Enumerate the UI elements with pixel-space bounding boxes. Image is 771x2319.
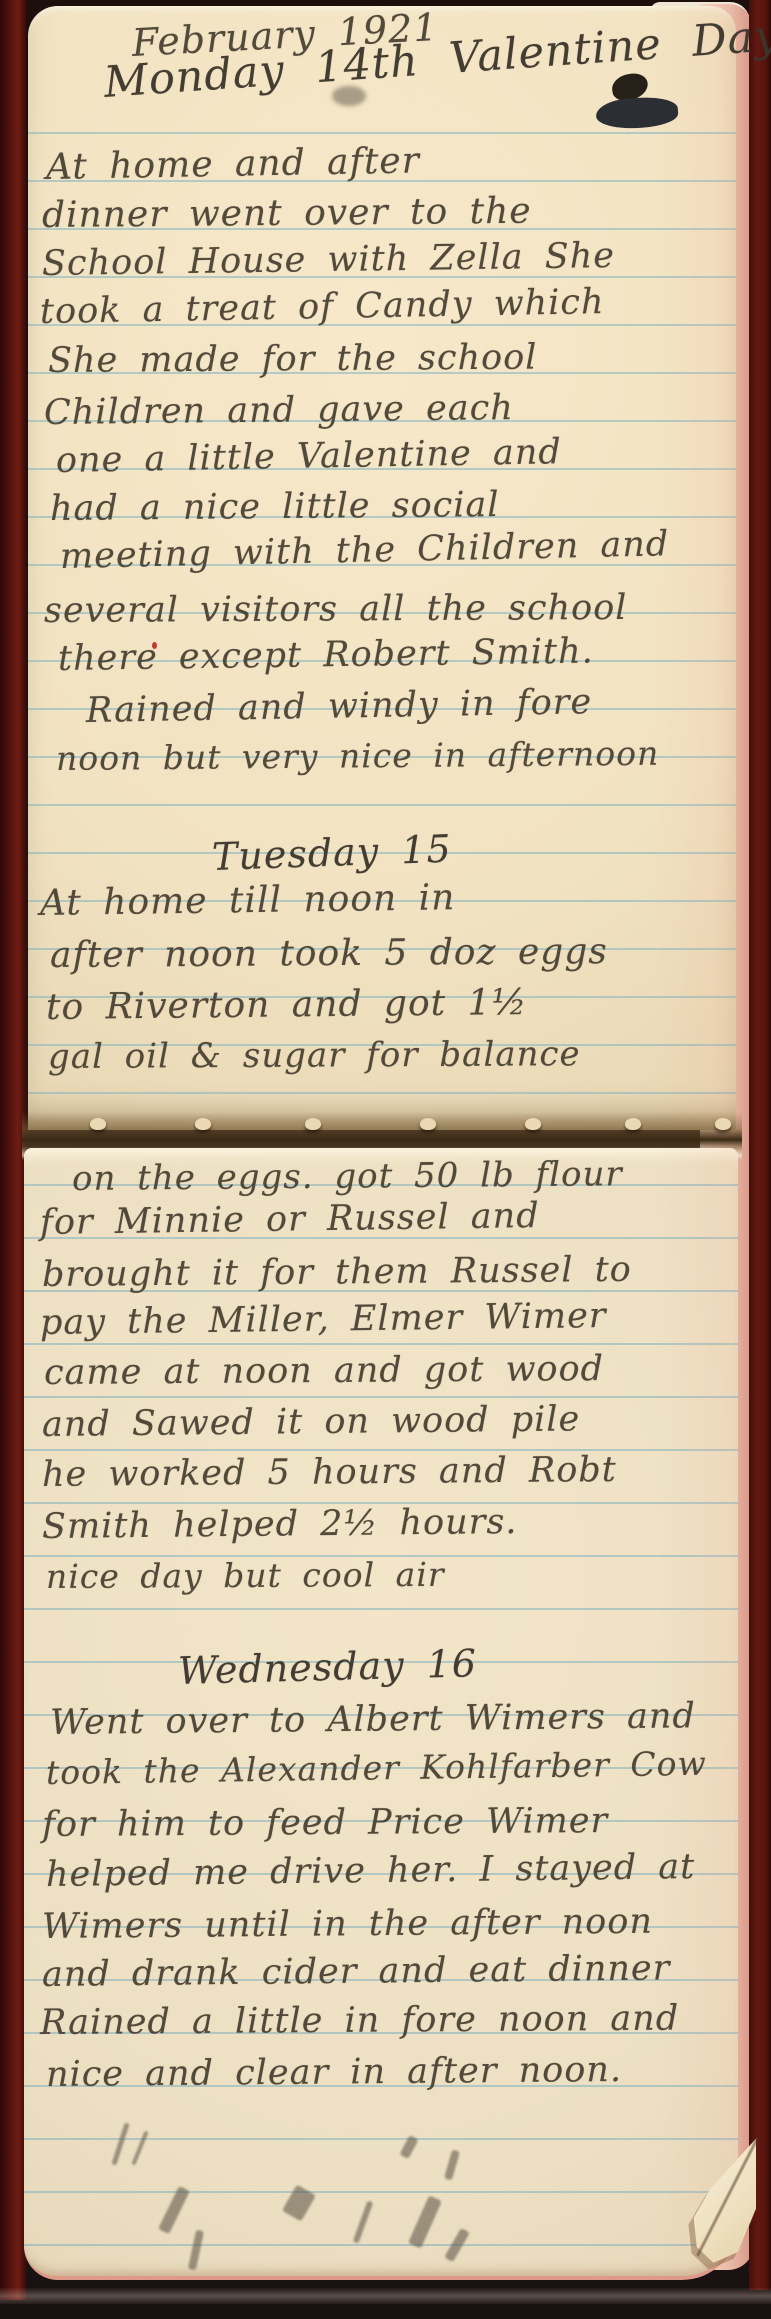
diary-line: there except Robert Smith.: [58, 635, 594, 677]
diary-line: one a little Valentine and: [56, 435, 562, 479]
diary-line: Went over to Albert Wimers and: [50, 1699, 696, 1741]
diary-line: At home till noon in: [40, 880, 456, 922]
dog-ear-fold: [672, 2128, 758, 2276]
diary-line: had a nice little social: [50, 488, 500, 527]
diary-line: She made for the school: [48, 341, 538, 379]
ink-smear: [332, 86, 366, 106]
diary-line: pay the Miller, Elmer Wimer: [40, 1299, 607, 1341]
diary-line: to Riverton and got 1½: [46, 985, 528, 1026]
diary-line: School House with Zella She: [42, 239, 615, 282]
diary-line: on the eggs. got 50 lb flour: [72, 1157, 623, 1196]
red-speck: [152, 642, 157, 649]
diary-line: after noon took 5 doz eggs: [50, 934, 608, 974]
diary-line: took a treat of Candy which: [40, 285, 605, 330]
diary-line: gal oil & sugar for balance: [48, 1037, 581, 1074]
diary-line: took the Alexander Kohlfarber Cow: [46, 1747, 707, 1789]
diary-book: February 1921 Monday 14th Valentine Day …: [0, 0, 771, 2319]
diary-line: for Minnie or Russel and: [40, 1199, 540, 1241]
diary-line: he worked 5 hours and Robt: [42, 1453, 617, 1493]
stitch: [305, 1118, 321, 1130]
diary-line: Rained and windy in fore: [86, 685, 593, 729]
diary-line: and drank cider and eat dinner: [42, 1951, 671, 1993]
stitch: [90, 1118, 106, 1130]
diary-line: Wimers until in the after noon: [42, 1905, 653, 1945]
diary-line: Rained a little in fore noon and: [40, 2002, 679, 2041]
diary-line: and Sawed it on wood pile: [42, 1402, 581, 1443]
diary-line: for him to feed Price Wimer: [42, 1804, 608, 1843]
stitch: [625, 1118, 641, 1130]
diary-line: helped me drive her. I stayed at: [46, 1850, 696, 1893]
entry-heading-wednesday: Wednesday 16: [178, 1644, 478, 1690]
diary-line: several visitors all the school: [44, 591, 628, 629]
diary-line: Smith helped 2½ hours.: [42, 1505, 518, 1545]
cover-edge-right: [749, 0, 771, 2290]
entry-heading-tuesday: Tuesday 15: [211, 830, 452, 876]
diary-line: nice day but cool air: [46, 1558, 445, 1593]
diary-line: Children and gave each: [44, 391, 514, 431]
cover-sheen: [0, 2288, 771, 2304]
diary-line: At home and after: [46, 143, 421, 186]
diary-line: nice and clear in after noon.: [46, 2053, 622, 2093]
diary-line: came at noon and got wood: [44, 1352, 604, 1391]
stitch: [715, 1118, 731, 1130]
diary-line: brought it for them Russel to: [42, 1253, 632, 1293]
diary-line: noon but very nice in afternoon: [56, 737, 660, 775]
page-discoloration: [656, 6, 736, 1130]
diary-line: dinner went over to the: [42, 194, 532, 234]
stitch: [525, 1118, 541, 1130]
stitch: [420, 1118, 436, 1130]
stitch: [195, 1118, 211, 1130]
